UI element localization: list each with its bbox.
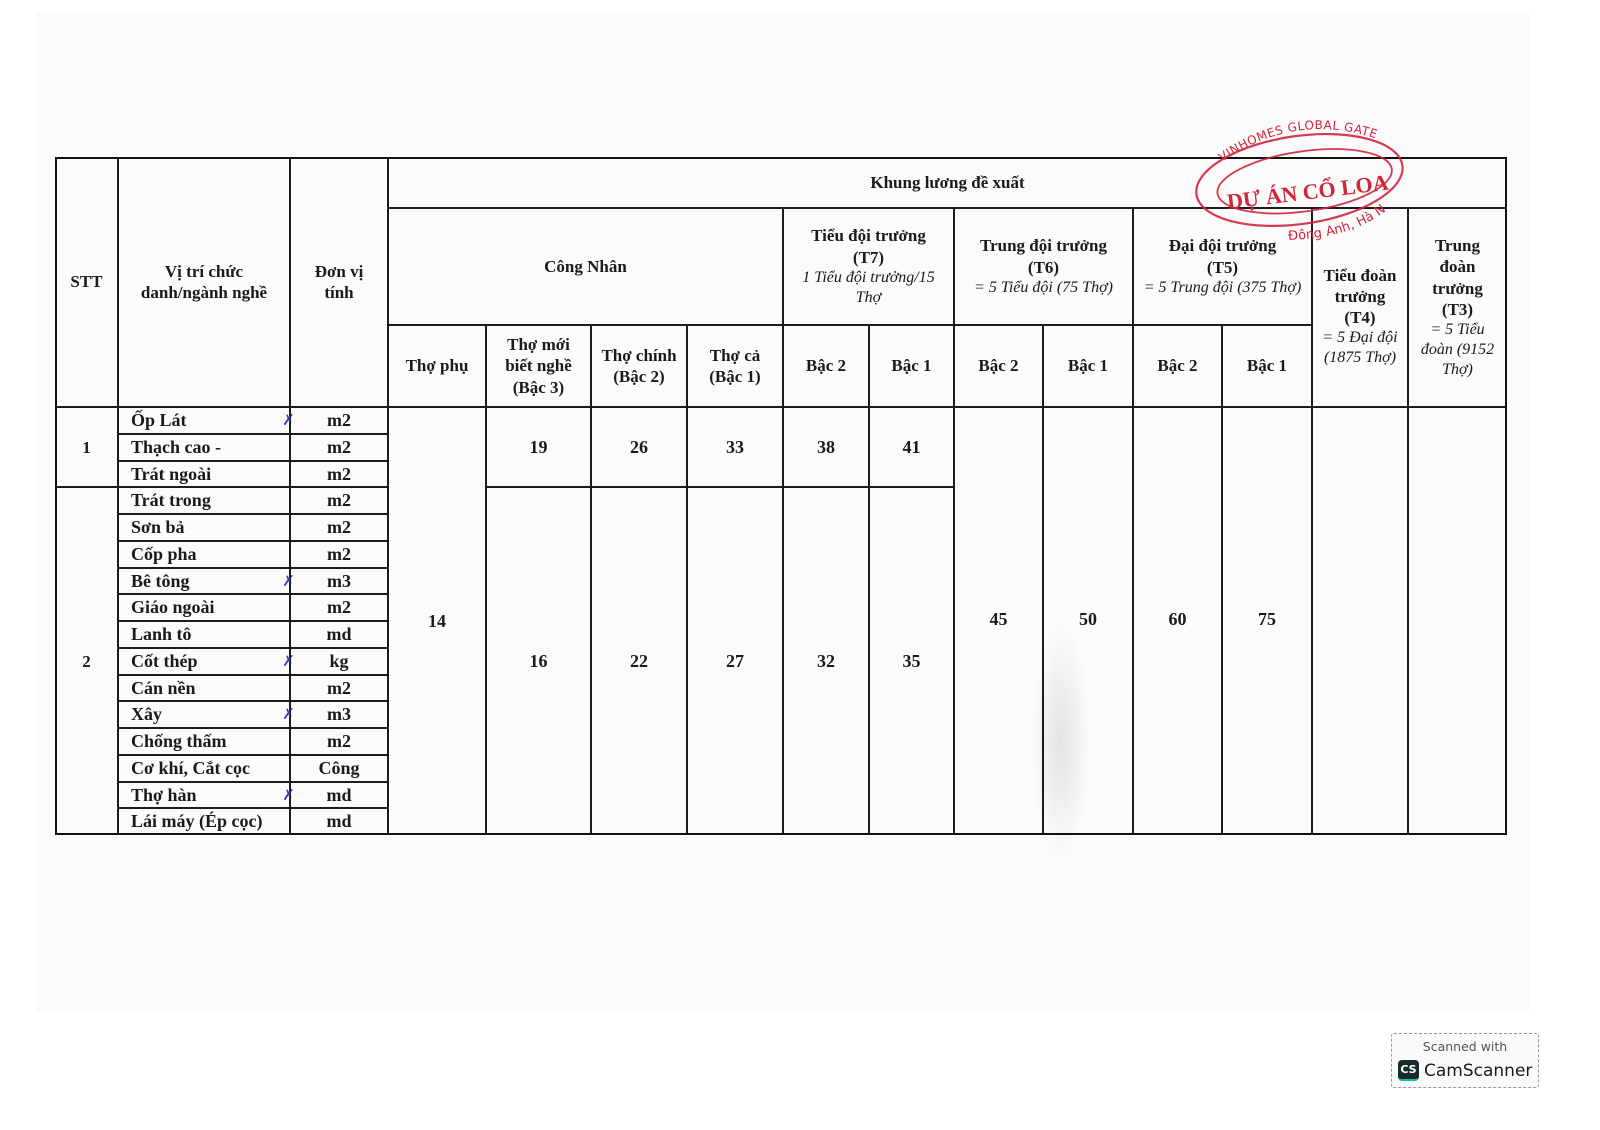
- table-row-unit: m2: [290, 675, 388, 702]
- item-name: Thạch cao -: [131, 436, 221, 459]
- item-unit: Công: [318, 757, 359, 780]
- item-unit: kg: [329, 650, 348, 673]
- table-row-name: Cán nền: [118, 675, 290, 702]
- table-row-unit: m2: [290, 461, 388, 488]
- subheader-t6-bac1-label: Bậc 1: [1068, 355, 1108, 376]
- table-row-unit: m2: [290, 514, 388, 541]
- item-unit: md: [326, 784, 351, 807]
- t7-note: 1 Tiểu đội trưởng/15 Thợ: [790, 268, 947, 308]
- value-tho-moi-text: 16: [530, 650, 548, 673]
- value-t6-bac2: 45: [954, 407, 1043, 835]
- table-row-unit: m2: [290, 594, 388, 621]
- table-row-unit: m3: [290, 568, 388, 595]
- table-row-name: Ốp Lát✗: [118, 407, 290, 434]
- value-t7-bac1: 35: [869, 487, 954, 835]
- subheader-t7-bac2-label: Bậc 2: [806, 355, 846, 376]
- item-unit: md: [326, 623, 351, 646]
- value-t7-bac1: 41: [869, 407, 954, 487]
- table-row-name: Lái máy (Ép cọc): [118, 808, 290, 835]
- item-name: Sơn bả: [131, 516, 185, 539]
- header-position: Vị trí chức danh/ngành nghề: [118, 157, 290, 407]
- item-unit: m2: [327, 489, 351, 512]
- t7-code: (T7): [853, 247, 884, 268]
- t5-note: = 5 Trung đội (375 Thợ): [1144, 278, 1302, 298]
- item-name: Cơ khí, Cắt cọc: [131, 757, 250, 780]
- table-row-name: Xây✗: [118, 701, 290, 728]
- subheader-t6-bac2: Bậc 2: [954, 325, 1043, 407]
- value-tho-ca-text: 33: [726, 436, 744, 459]
- value-t7-bac2: 38: [783, 407, 869, 487]
- item-name: Bê tông: [131, 570, 190, 593]
- header-stt: STT: [55, 157, 118, 407]
- camscanner-logo-icon: CS: [1398, 1060, 1419, 1081]
- header-t3: Trung đoàn trưởng(T3)= 5 Tiểu đoàn (9152…: [1408, 208, 1507, 407]
- item-name: Xây: [131, 703, 162, 726]
- table-row-unit: Công: [290, 755, 388, 782]
- value-tho-chinh: 22: [591, 487, 687, 835]
- header-t6: Trung đội trưởng(T6)= 5 Tiểu đội (75 Thợ…: [954, 208, 1133, 325]
- table-row-name: Giáo ngoài: [118, 594, 290, 621]
- subheader-tho-phu-label: Thợ phụ: [406, 355, 469, 376]
- header-cong-nhan: Công Nhân: [388, 208, 783, 325]
- item-name: Chống thấm: [131, 730, 227, 753]
- value-t6-bac2-text: 45: [990, 608, 1008, 631]
- header-stt-label: STT: [70, 271, 102, 292]
- subheader-t5-bac1-label: Bậc 1: [1247, 355, 1287, 376]
- table-row-name: Trát ngoài: [118, 461, 290, 488]
- table-row-name: Cốt thép✗: [118, 648, 290, 675]
- stt-value: 1: [82, 437, 91, 458]
- subheader-t6-bac2-label: Bậc 2: [978, 355, 1018, 376]
- item-name: Ốp Lát: [131, 409, 187, 432]
- item-unit: m2: [327, 543, 351, 566]
- table-row-name: Sơn bả: [118, 514, 290, 541]
- subheader-tho-phu: Thợ phụ: [388, 325, 486, 407]
- header-unit-label: Đơn vị tính: [309, 261, 369, 304]
- value-tho-chinh-text: 22: [630, 650, 648, 673]
- item-unit: m2: [327, 463, 351, 486]
- t6-note: = 5 Tiểu đội (75 Thợ): [974, 278, 1113, 298]
- t4-title: Tiểu đoàn trưởng: [1319, 265, 1401, 308]
- subheader-tho-ca-label: Thợ cả (Bậc 1): [696, 345, 774, 388]
- t7-title: Tiểu đội trưởng: [811, 225, 926, 246]
- item-unit: md: [326, 810, 351, 833]
- item-unit: m3: [327, 570, 351, 593]
- value-t6-bac1: 50: [1043, 407, 1133, 835]
- value-t7-bac1-text: 41: [903, 436, 921, 459]
- item-name: Lanh tô: [131, 623, 192, 646]
- value-tho-ca: 27: [687, 487, 783, 835]
- subheader-t5-bac1: Bậc 1: [1222, 325, 1312, 407]
- value-t6-bac1-text: 50: [1079, 608, 1097, 631]
- table-row-name: Trát trong: [118, 487, 290, 514]
- value-t5-bac1-text: 75: [1258, 608, 1276, 631]
- header-t4: Tiểu đoàn trưởng(T4)= 5 Đại đội (1875 Th…: [1312, 208, 1408, 407]
- subheader-t5-bac2: Bậc 2: [1133, 325, 1222, 407]
- value-tho-phu-text: 14: [428, 610, 446, 633]
- value-t4: [1312, 407, 1408, 835]
- item-name: Thợ hàn: [131, 784, 197, 807]
- table-row-name: Chống thấm: [118, 728, 290, 755]
- t4-code: (T4): [1344, 307, 1375, 328]
- camscanner-watermark: Scanned with CS CamScanner: [1391, 1033, 1539, 1088]
- item-name: Trát trong: [131, 489, 211, 512]
- table-row-unit: m2: [290, 434, 388, 461]
- value-t7-bac1-text: 35: [903, 650, 921, 673]
- subheader-t7-bac1-label: Bậc 1: [891, 355, 931, 376]
- item-name: Giáo ngoài: [131, 596, 215, 619]
- value-t7-bac2: 32: [783, 487, 869, 835]
- value-tho-phu: 14: [388, 407, 486, 835]
- cong-nhan-label: Công Nhân: [544, 256, 627, 277]
- value-t5-bac2-text: 60: [1169, 608, 1187, 631]
- subheader-t5-bac2-label: Bậc 2: [1157, 355, 1197, 376]
- subheader-t7-bac2: Bậc 2: [783, 325, 869, 407]
- subheader-tho-moi: Thợ mới biết nghề (Bậc 3): [486, 325, 591, 407]
- t3-code: (T3): [1442, 299, 1473, 320]
- table-row-unit: m2: [290, 407, 388, 434]
- subheader-tho-ca: Thợ cả (Bậc 1): [687, 325, 783, 407]
- stt-value: 2: [82, 651, 91, 672]
- value-t7-bac2-text: 32: [817, 650, 835, 673]
- table-row-unit: md: [290, 808, 388, 835]
- item-unit: m2: [327, 436, 351, 459]
- value-tho-chinh: 26: [591, 407, 687, 487]
- value-tho-moi: 16: [486, 487, 591, 835]
- salary-frame-label: Khung lương đề xuất: [870, 172, 1024, 193]
- value-tho-ca: 33: [687, 407, 783, 487]
- table-row-name: Bê tông✗: [118, 568, 290, 595]
- value-tho-moi: 19: [486, 407, 591, 487]
- watermark-caption: Scanned with: [1392, 1039, 1538, 1054]
- table-row-name: Thạch cao -: [118, 434, 290, 461]
- subheader-tho-chinh: Thợ chính (Bậc 2): [591, 325, 687, 407]
- table-row-unit: md: [290, 621, 388, 648]
- t6-title: Trung đội trưởng: [980, 235, 1107, 256]
- table-row-unit: m2: [290, 541, 388, 568]
- table-row-unit: m2: [290, 487, 388, 514]
- t5-code: (T5): [1207, 257, 1238, 278]
- t3-title: Trung đoàn trưởng: [1415, 235, 1500, 299]
- header-unit: Đơn vị tính: [290, 157, 388, 407]
- t4-note: = 5 Đại đội (1875 Thợ): [1319, 328, 1401, 368]
- t5-title: Đại đội trưởng: [1169, 235, 1276, 256]
- item-name: Cốt thép: [131, 650, 198, 673]
- table-row-name: Thợ hàn✗: [118, 782, 290, 809]
- item-name: Lái máy (Ép cọc): [131, 810, 262, 833]
- header-salary-frame: Khung lương đề xuất: [388, 157, 1507, 208]
- table-row-unit: m2: [290, 728, 388, 755]
- item-name: Cán nền: [131, 677, 196, 700]
- value-t5-bac1: 75: [1222, 407, 1312, 835]
- value-tho-moi-text: 19: [530, 436, 548, 459]
- watermark-brand: CamScanner: [1424, 1061, 1532, 1081]
- value-tho-ca-text: 27: [726, 650, 744, 673]
- t6-code: (T6): [1028, 257, 1059, 278]
- table-row-unit: m3: [290, 701, 388, 728]
- subheader-tho-chinh-label: Thợ chính (Bậc 2): [600, 345, 678, 388]
- item-unit: m2: [327, 677, 351, 700]
- table-row-name: Cốp pha: [118, 541, 290, 568]
- table-row-name: Cơ khí, Cắt cọc: [118, 755, 290, 782]
- header-position-label: Vị trí chức danh/ngành nghề: [133, 261, 275, 304]
- item-name: Trát ngoài: [131, 463, 211, 486]
- value-t3: [1408, 407, 1507, 835]
- item-name: Cốp pha: [131, 543, 197, 566]
- stt-cell: 1: [55, 407, 118, 487]
- header-t5: Đại đội trưởng(T5)= 5 Trung đội (375 Thợ…: [1133, 208, 1312, 325]
- item-unit: m2: [327, 596, 351, 619]
- table-row-name: Lanh tô: [118, 621, 290, 648]
- subheader-tho-moi-label: Thợ mới biết nghề (Bậc 3): [495, 334, 582, 398]
- subheader-t7-bac1: Bậc 1: [869, 325, 954, 407]
- subheader-t6-bac1: Bậc 1: [1043, 325, 1133, 407]
- t3-note: = 5 Tiểu đoàn (9152 Thợ): [1415, 320, 1500, 380]
- table-row-unit: kg: [290, 648, 388, 675]
- value-t7-bac2-text: 38: [817, 436, 835, 459]
- stt-cell: 2: [55, 487, 118, 835]
- item-unit: m2: [327, 730, 351, 753]
- table-row-unit: md: [290, 782, 388, 809]
- item-unit: m2: [327, 409, 351, 432]
- value-t5-bac2: 60: [1133, 407, 1222, 835]
- item-unit: m3: [327, 703, 351, 726]
- value-tho-chinh-text: 26: [630, 436, 648, 459]
- header-t7: Tiểu đội trưởng(T7)1 Tiểu đội trưởng/15 …: [783, 208, 954, 325]
- item-unit: m2: [327, 516, 351, 539]
